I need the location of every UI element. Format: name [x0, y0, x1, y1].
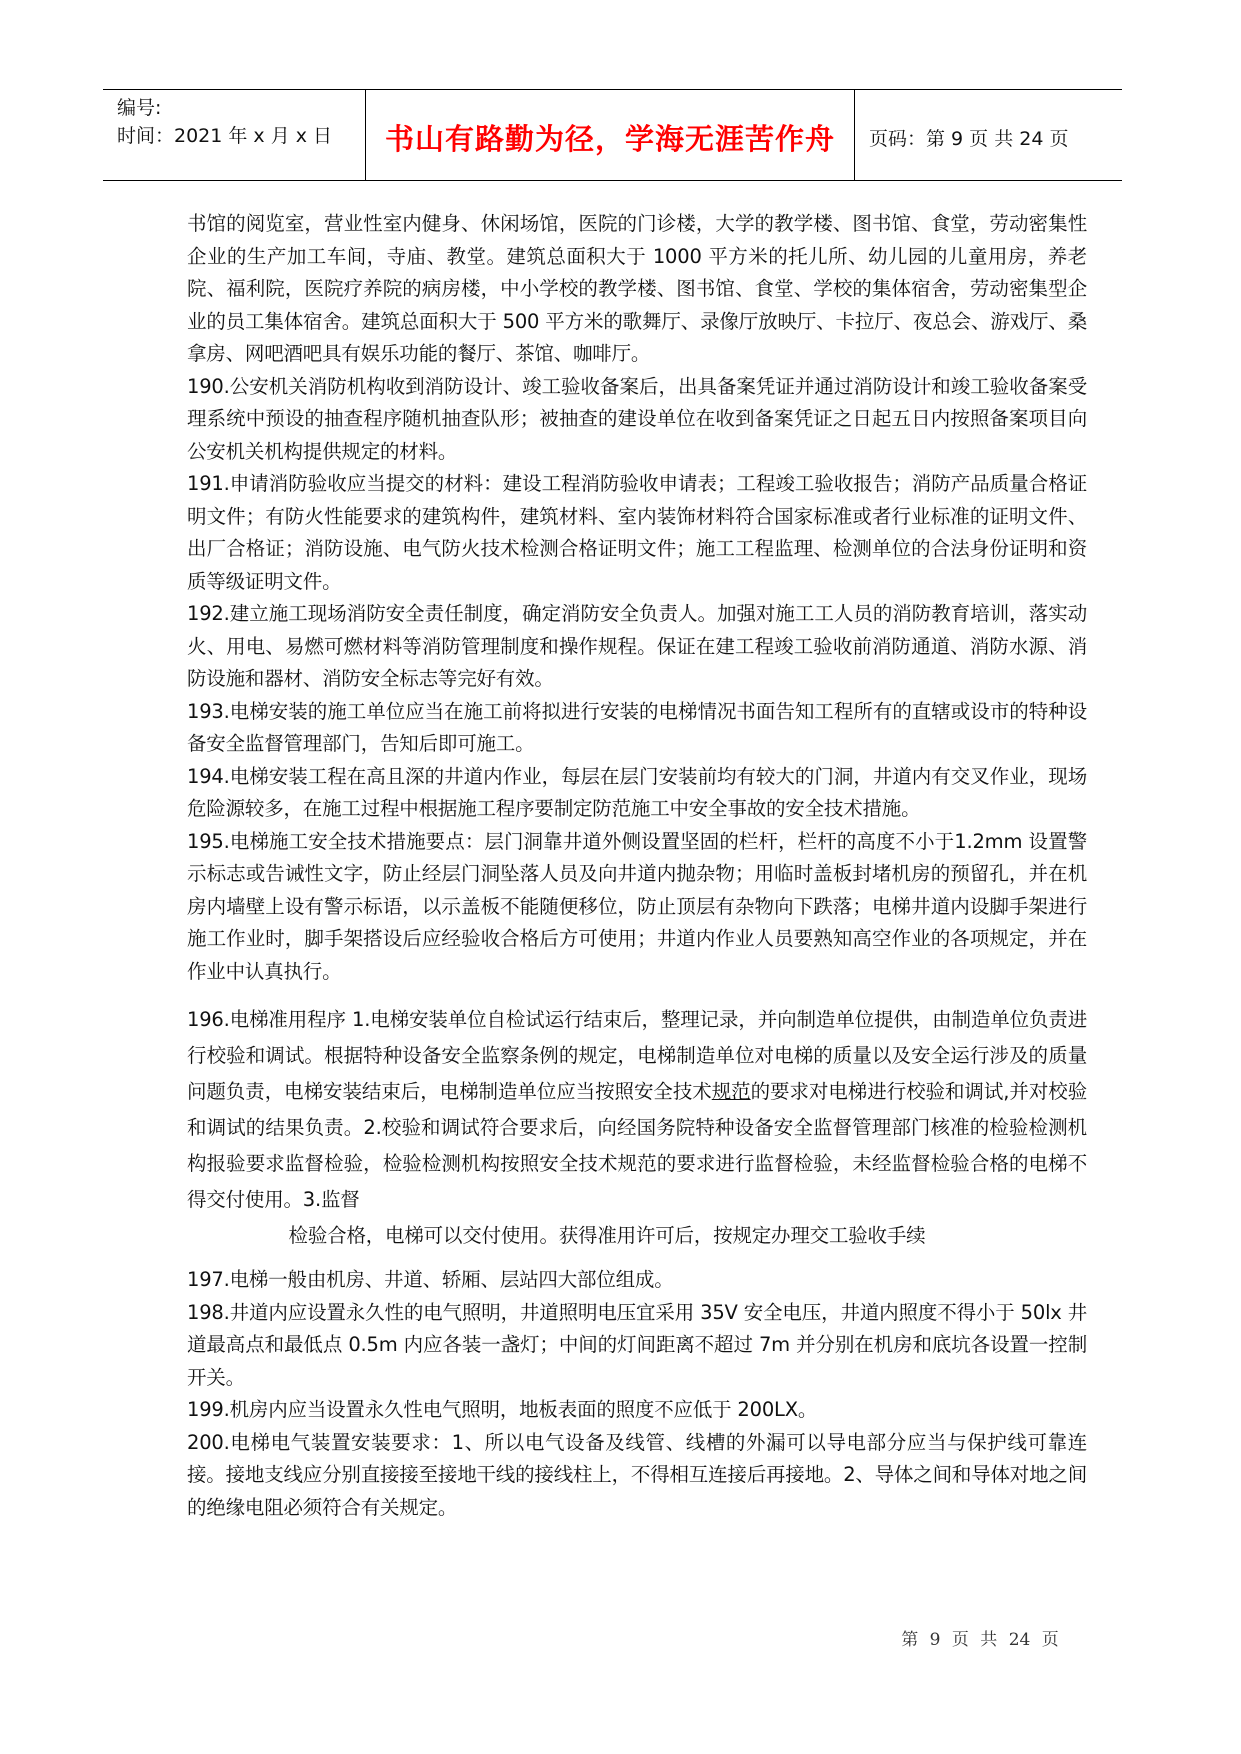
- paragraph-197: 197.电梯一般由机房、井道、轿厢、层站四大部位组成。: [187, 1264, 1087, 1297]
- paragraph-199: 199.机房内应当设置永久性电气照明，地板表面的照度不应低于 200LX。: [187, 1394, 1087, 1427]
- paragraph-193: 193.电梯安装的施工单位应当在施工前将拟进行安装的电梯情况书面告知工程所有的直…: [187, 696, 1087, 761]
- document-date: 时间：2021 年 x 月 x 日: [117, 122, 365, 150]
- header-page-cell: 页码：第 9 页 共 24 页: [855, 90, 1122, 180]
- paragraph-195: 195.电梯施工安全技术措施要点：层门洞靠井道外侧设置坚固的栏杆，栏杆的高度不小…: [187, 826, 1087, 989]
- paragraph-191: 191.申请消防验收应当提交的材料：建设工程消防验收申请表；工程竣工验收报告；消…: [187, 468, 1087, 598]
- header-meta-cell: 编号: 时间：2021 年 x 月 x 日: [103, 90, 366, 180]
- header-motto: 书山有路勤为径，学海无涯苦作舟: [385, 117, 835, 158]
- paragraph-198: 198.井道内应设置永久性的电气照明，井道照明电压宜采用 35V 安全电压，井道…: [187, 1297, 1087, 1395]
- paragraph-196: 196.电梯准用程序 1.电梯安装单位自检试运行结束后，整理记录，并向制造单位提…: [187, 1002, 1087, 1218]
- paragraph-196-tail: 检验合格，电梯可以交付使用。获得准用许可后，按规定办理交工验收手续: [187, 1218, 1087, 1254]
- paragraph-continued: 书馆的阅览室，营业性室内健身、休闲场馆，医院的门诊楼，大学的教学楼、图书馆、食堂…: [187, 208, 1087, 371]
- footer-page-number: 第 9 页 共 24 页: [901, 1630, 1058, 1650]
- page-header: 编号: 时间：2021 年 x 月 x 日 书山有路勤为径，学海无涯苦作舟 页码…: [103, 89, 1122, 181]
- header-motto-cell: 书山有路勤为径，学海无涯苦作舟: [366, 90, 855, 180]
- page-footer: 第 9 页 共 24 页: [880, 1625, 1080, 1650]
- underlined-term: 规范: [712, 1080, 751, 1103]
- paragraph-190: 190.公安机关消防机构收到消防设计、竣工验收备案后，出具备案凭证并通过消防设计…: [187, 371, 1087, 469]
- paragraph-192: 192.建立施工现场消防安全责任制度，确定消防安全负责人。加强对施工工人员的消防…: [187, 598, 1087, 696]
- document-body: 书馆的阅览室，营业性室内健身、休闲场馆，医院的门诊楼，大学的教学楼、图书馆、食堂…: [187, 208, 1087, 1524]
- document-number-label: 编号:: [117, 94, 365, 122]
- header-page-info: 页码：第 9 页 共 24 页: [869, 124, 1068, 151]
- paragraph-200: 200.电梯电气装置安装要求：1、所以电气设备及线管、线槽的外漏可以导电部分应当…: [187, 1427, 1087, 1525]
- paragraph-194: 194.电梯安装工程在高且深的井道内作业，每层在层门安装前均有较大的门洞，井道内…: [187, 761, 1087, 826]
